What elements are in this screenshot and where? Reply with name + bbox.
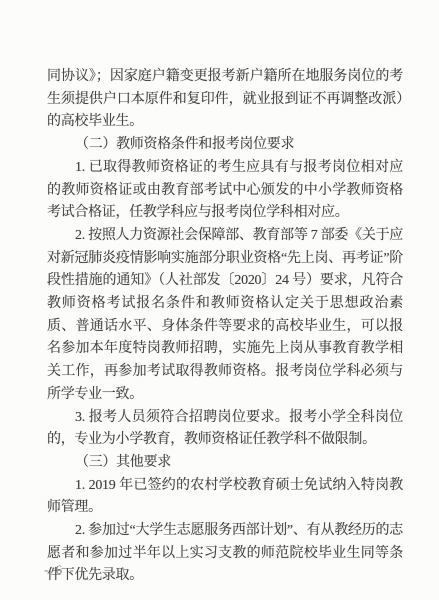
paragraph-other-1: 1. 2019 年已签约的农村学校教育硕士免试纳入特岗教师管理。 — [47, 475, 403, 520]
section-heading-3: （三）其他要求 — [47, 452, 403, 475]
paragraph-item-2: 2. 按照人力资源社会保障部、教育部等 7 部委《关于应对新冠肺炎疫情影响实施部… — [47, 225, 403, 407]
document-page: 同协议》；因家庭户籍变更报考新户籍所在地服务岗位的考生须提供户口本原件和复印件，… — [0, 0, 439, 600]
paragraph-item-3: 3. 报考人员须符合招聘岗位要求。报考小学全科岗位的，专业为小学教育，教师资格证… — [47, 407, 403, 452]
document-body: 同协议》；因家庭户籍变更报考新户籍所在地服务岗位的考生须提供户口本原件和复印件，… — [47, 66, 403, 588]
page-number: - 6 - — [44, 562, 76, 578]
section-heading-2: （二）教师资格条件和报考岗位要求 — [47, 134, 403, 157]
paragraph-other-2: 2. 参加过“大学生志愿服务西部计划”、有从教经历的志愿者和参加过半年以上实习支… — [47, 520, 403, 588]
paragraph-item-1: 1. 已取得教师资格证的考生应具有与报考岗位相对应的教师资格证或由教育部考试中心… — [47, 157, 403, 225]
paragraph-continuation: 同协议》；因家庭户籍变更报考新户籍所在地服务岗位的考生须提供户口本原件和复印件，… — [47, 66, 403, 134]
